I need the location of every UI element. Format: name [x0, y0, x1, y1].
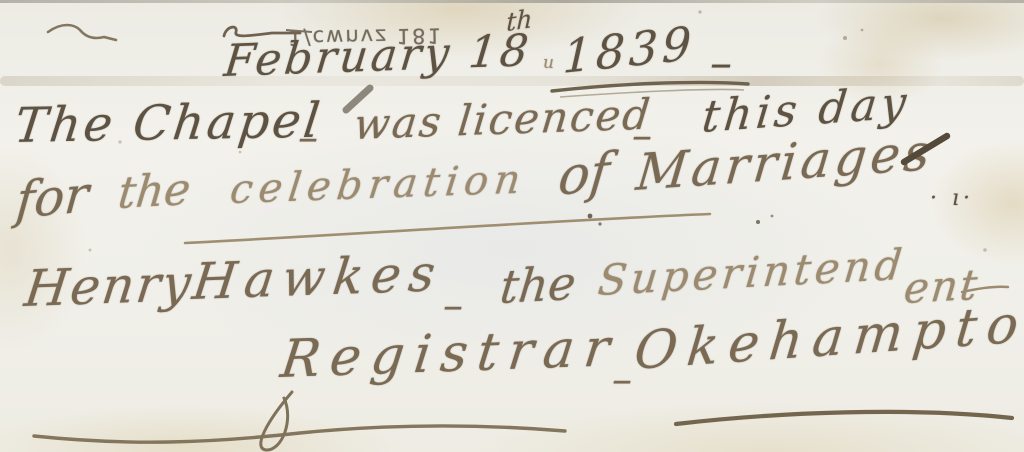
bottom-flourish-line: [34, 426, 565, 442]
registrar-descender-loop: [261, 392, 292, 450]
paper-specks: [89, 10, 987, 301]
underline-celebration: [185, 214, 710, 243]
manuscript-page: 1/cwnvz 181 February 18 th u 1839 – The …: [0, 0, 1024, 452]
trailing-stroke: [962, 287, 1008, 292]
corner-squiggle-mark: [48, 25, 116, 40]
ink-blot: [346, 88, 370, 110]
bold-dash-after-day: [904, 136, 947, 162]
underline-1839-echo: [560, 89, 744, 97]
pen-strokes-overlay: [0, 0, 1024, 452]
flourish-okehampton: [676, 412, 1012, 424]
february-lead-flourish: [224, 27, 300, 36]
